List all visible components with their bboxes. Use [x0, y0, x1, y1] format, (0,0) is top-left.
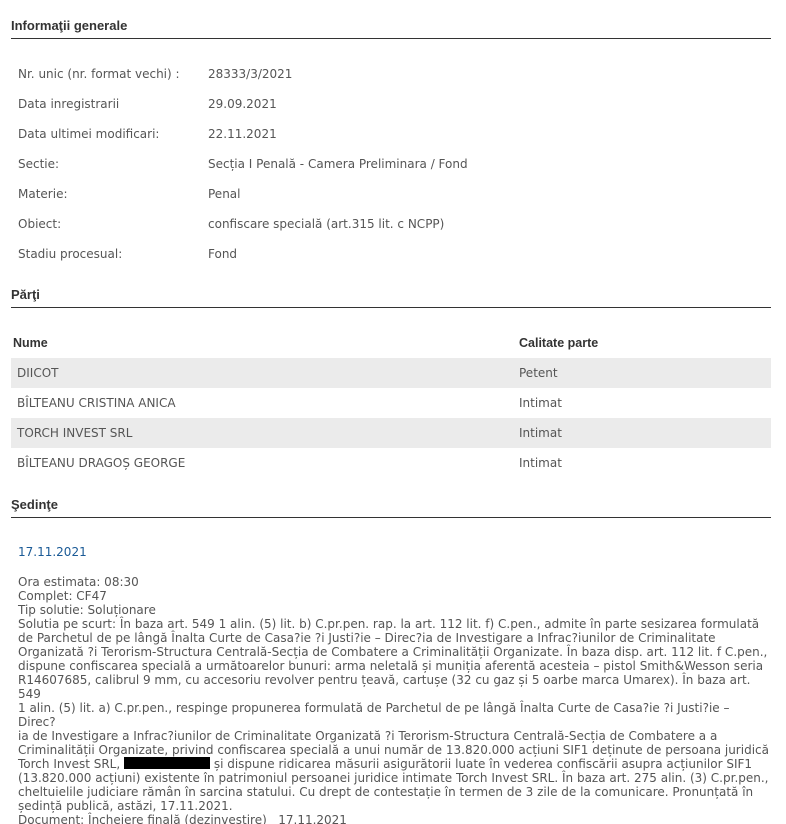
- party-role: Intimat: [513, 418, 771, 448]
- info-label: Materie:: [18, 186, 68, 202]
- hearing-document: Document: Încheiere finală (dezinvestire…: [18, 813, 770, 824]
- info-value: Penal: [208, 186, 240, 202]
- table-row: TORCH INVEST SRL Intimat: [11, 418, 771, 448]
- party-name: TORCH INVEST SRL: [11, 418, 513, 448]
- info-label: Data inregistrarii: [18, 96, 119, 112]
- info-value: Fond: [208, 246, 237, 262]
- hearing-time: Ora estimata: 08:30: [18, 575, 770, 589]
- info-value: confiscare specială (art.315 lit. c NCPP…: [208, 216, 444, 232]
- info-value: 29.09.2021: [208, 96, 277, 112]
- party-name: BÎLTEANU DRAGOȘ GEORGE: [11, 448, 513, 478]
- party-role: Intimat: [513, 448, 771, 478]
- info-label: Data ultimei modificari:: [18, 126, 159, 142]
- info-label: Sectie:: [18, 156, 59, 172]
- redaction-block: [124, 757, 210, 769]
- info-label: Stadiu procesual:: [18, 246, 122, 262]
- section-title-info: Informaţii generale: [11, 18, 771, 39]
- solution-summary: Solutia pe scurt: În baza art. 549 1 ali…: [18, 617, 770, 813]
- info-value: 22.11.2021: [208, 126, 277, 142]
- hearing-date: 17.11.2021: [18, 545, 87, 559]
- info-label: Nr. unic (nr. format vechi) :: [18, 66, 180, 82]
- section-title-sedinte: Şedinţe: [11, 497, 771, 518]
- info-value: Secția I Penală - Camera Preliminara / F…: [208, 156, 468, 172]
- column-header-calitate: Calitate parte: [513, 328, 771, 358]
- party-name: DIICOT: [11, 358, 513, 388]
- hearing-details: Ora estimata: 08:30 Complet: CF47 Tip so…: [18, 575, 770, 824]
- solution-type: Tip solutie: Soluționare: [18, 603, 770, 617]
- party-name: BÎLTEANU CRISTINA ANICA: [11, 388, 513, 418]
- table-row: BÎLTEANU CRISTINA ANICA Intimat: [11, 388, 771, 418]
- hearing-panel: Complet: CF47: [18, 589, 770, 603]
- column-header-nume: Nume: [11, 328, 513, 358]
- table-row: BÎLTEANU DRAGOȘ GEORGE Intimat: [11, 448, 771, 478]
- section-title-parti: Părţi: [11, 287, 771, 308]
- solution-text-part1: Solutia pe scurt: În baza art. 549 1 ali…: [18, 617, 769, 771]
- parti-table: Nume Calitate parte DIICOT Petent BÎLTEA…: [11, 328, 771, 478]
- table-row: DIICOT Petent: [11, 358, 771, 388]
- party-role: Petent: [513, 358, 771, 388]
- info-label: Obiect:: [18, 216, 61, 232]
- party-role: Intimat: [513, 388, 771, 418]
- info-value: 28333/3/2021: [208, 66, 292, 82]
- table-header-row: Nume Calitate parte: [11, 328, 771, 358]
